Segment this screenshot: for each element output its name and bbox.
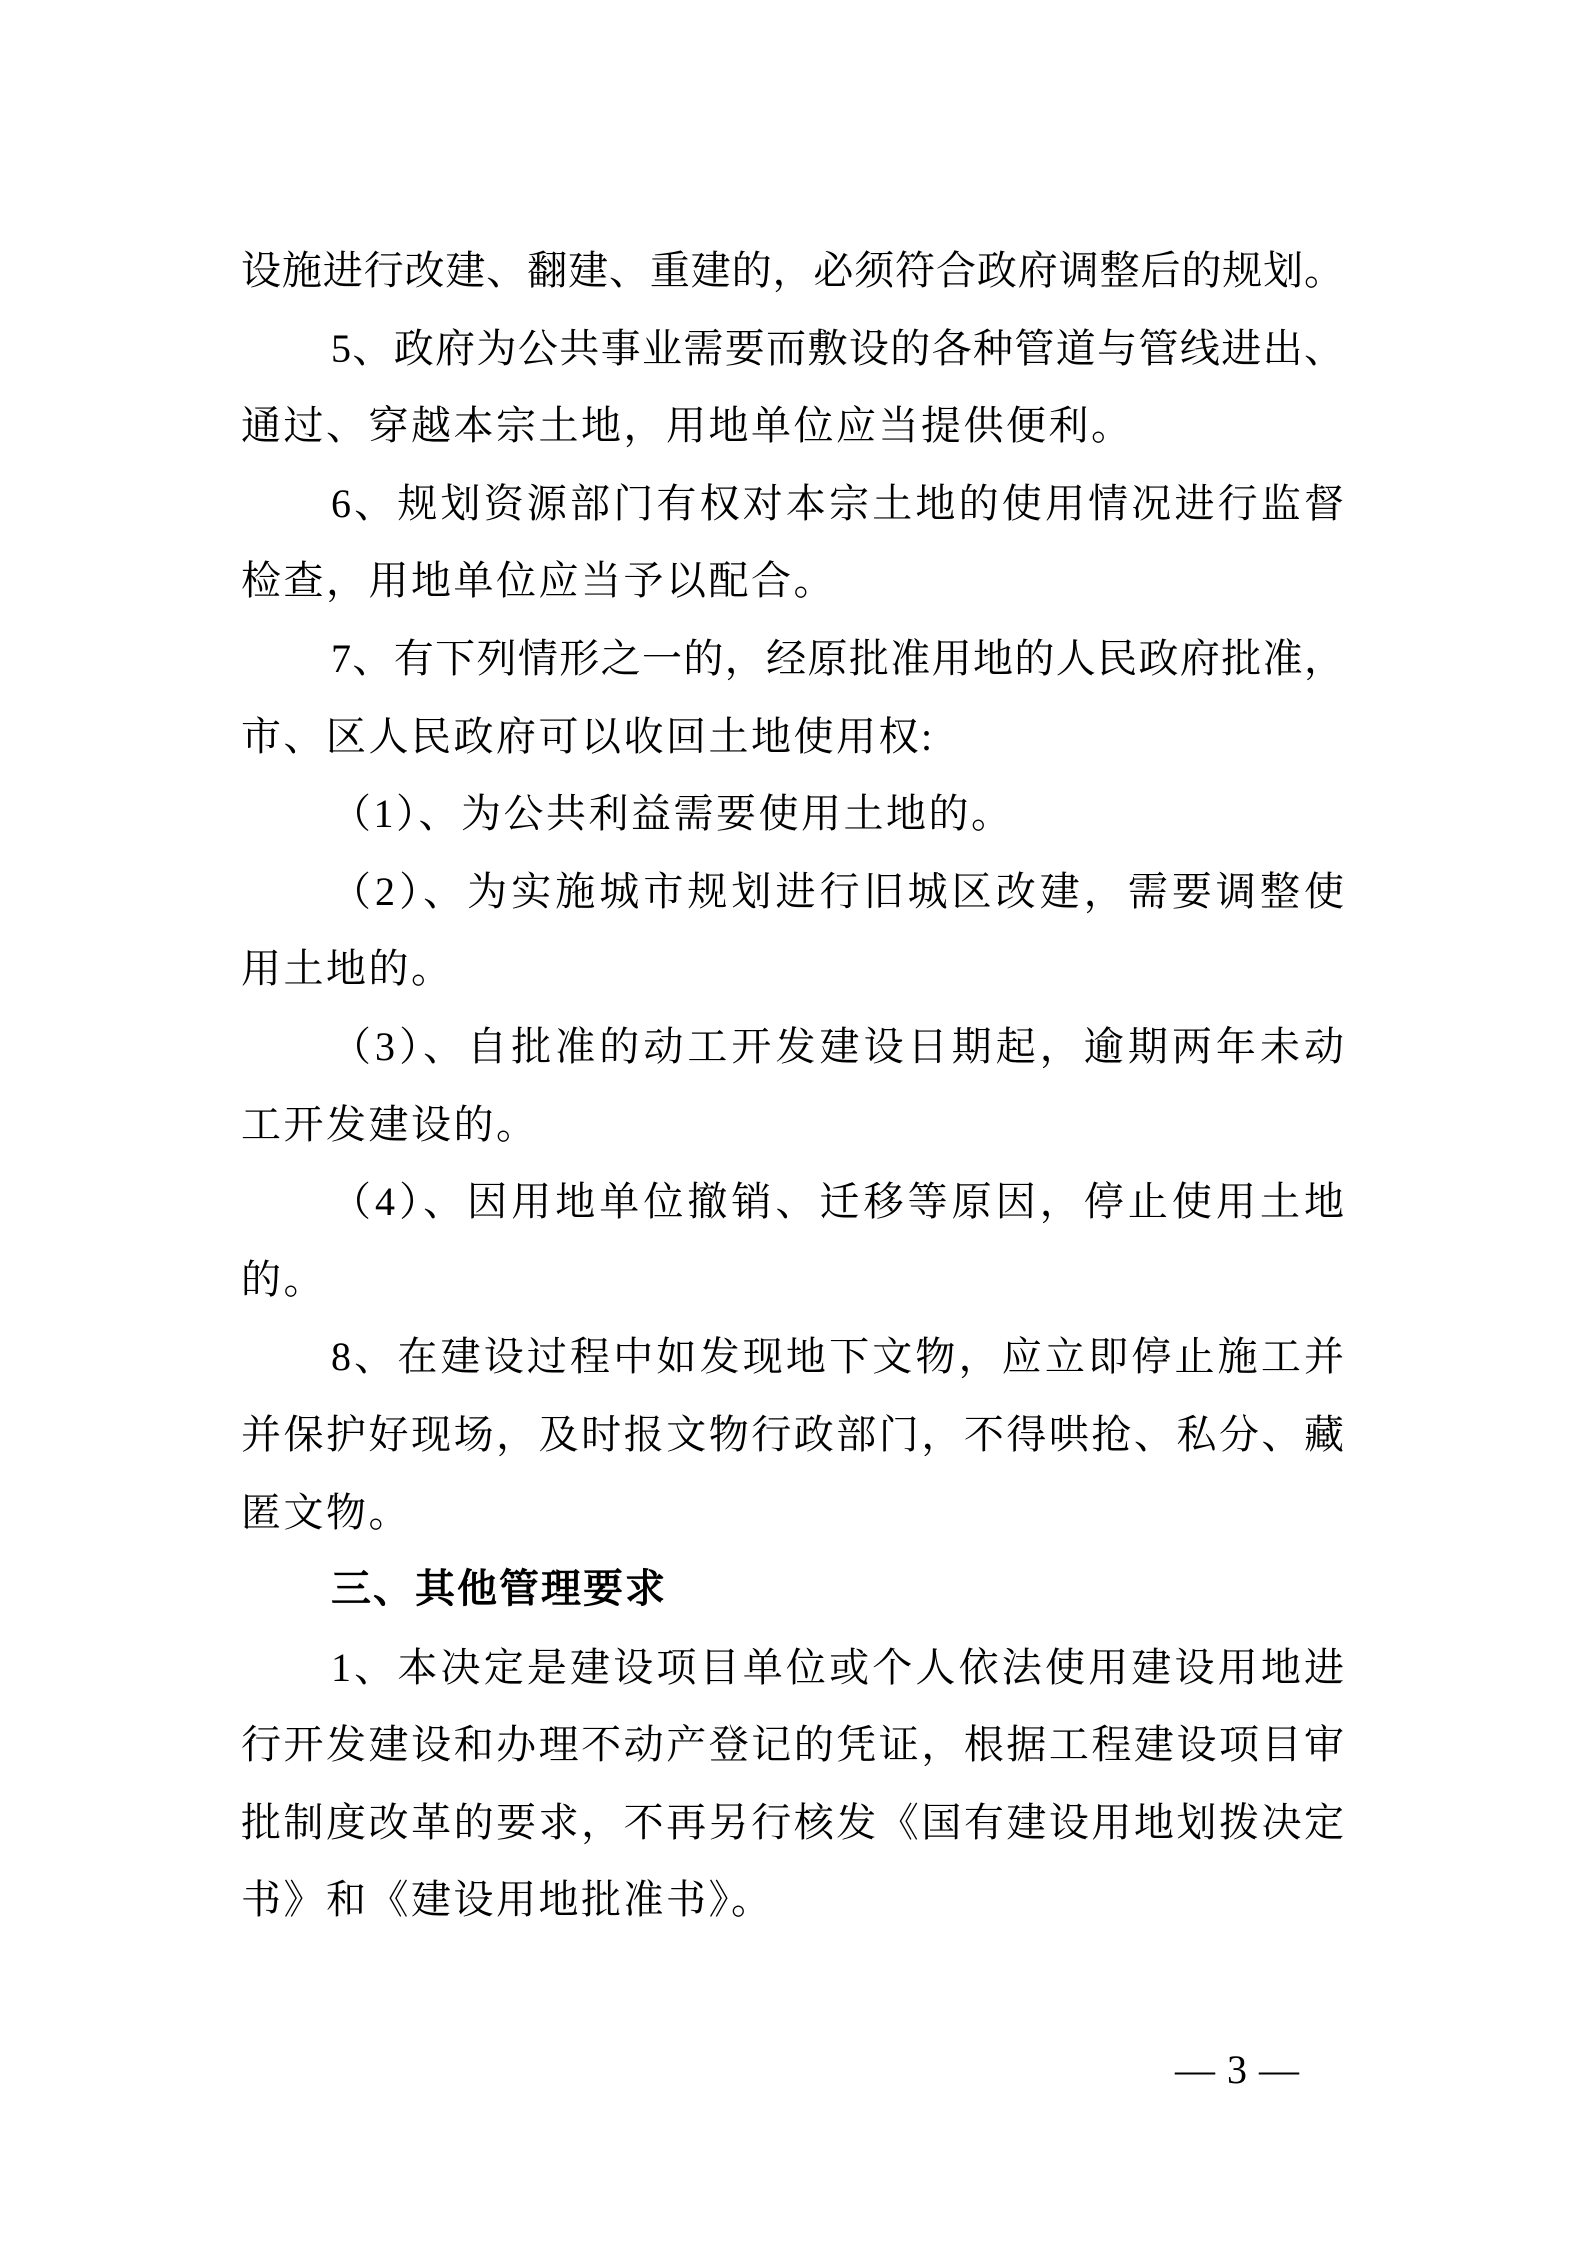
text-line: 检查，用地单位应当予以配合。 [241,542,1344,620]
text-line: （1）、为公共利益需要使用土地的。 [241,775,1344,853]
text-line: 5、政府为公共事业需要而敷设的各种管道与管线进出、 [241,310,1344,388]
text-line: 7、有下列情形之一的，经原批准用地的人民政府批准， [241,620,1344,698]
text-line: 批制度改革的要求，不再另行核发《国有建设用地划拨决定 [241,1784,1344,1862]
text-line: 书》和《建设用地批准书》。 [241,1861,1344,1939]
text-line: 行开发建设和办理不动产登记的凭证，根据工程建设项目审 [241,1706,1344,1784]
text-line: 6、规划资源部门有权对本宗土地的使用情况进行监督 [241,465,1344,543]
text-line: 工开发建设的。 [241,1086,1344,1164]
document-page: 设施进行改建、翻建、重建的，必须符合政府调整后的规划。 5、政府为公共事业需要而… [0,0,1587,2245]
page-number: — 3 — [1175,2042,1300,2098]
text-line: 通过、穿越本宗土地，用地单位应当提供便利。 [241,387,1344,465]
section-heading: 三、其他管理要求 [241,1551,1344,1629]
text-line: （2）、为实施城市规划进行旧城区改建，需要调整使 [241,853,1344,931]
text-line: 并保护好现场，及时报文物行政部门，不得哄抢、私分、藏 [241,1396,1344,1474]
text-line: 匿文物。 [241,1474,1344,1552]
text-line: 用土地的。 [241,930,1344,1008]
text-line: 1、本决定是建设项目单位或个人依法使用建设用地进 [241,1629,1344,1707]
text-block: 设施进行改建、翻建、重建的，必须符合政府调整后的规划。 5、政府为公共事业需要而… [241,232,1344,1939]
text-line: 8、在建设过程中如发现地下文物，应立即停止施工并 [241,1318,1344,1396]
text-line: （3）、自批准的动工开发建设日期起，逾期两年未动 [241,1008,1344,1086]
text-line: 的。 [241,1241,1344,1319]
text-line: 市、区人民政府可以收回土地使用权: [241,698,1344,776]
text-line: （4）、因用地单位撤销、迁移等原因，停止使用土地 [241,1163,1344,1241]
text-line: 设施进行改建、翻建、重建的，必须符合政府调整后的规划。 [241,232,1344,310]
